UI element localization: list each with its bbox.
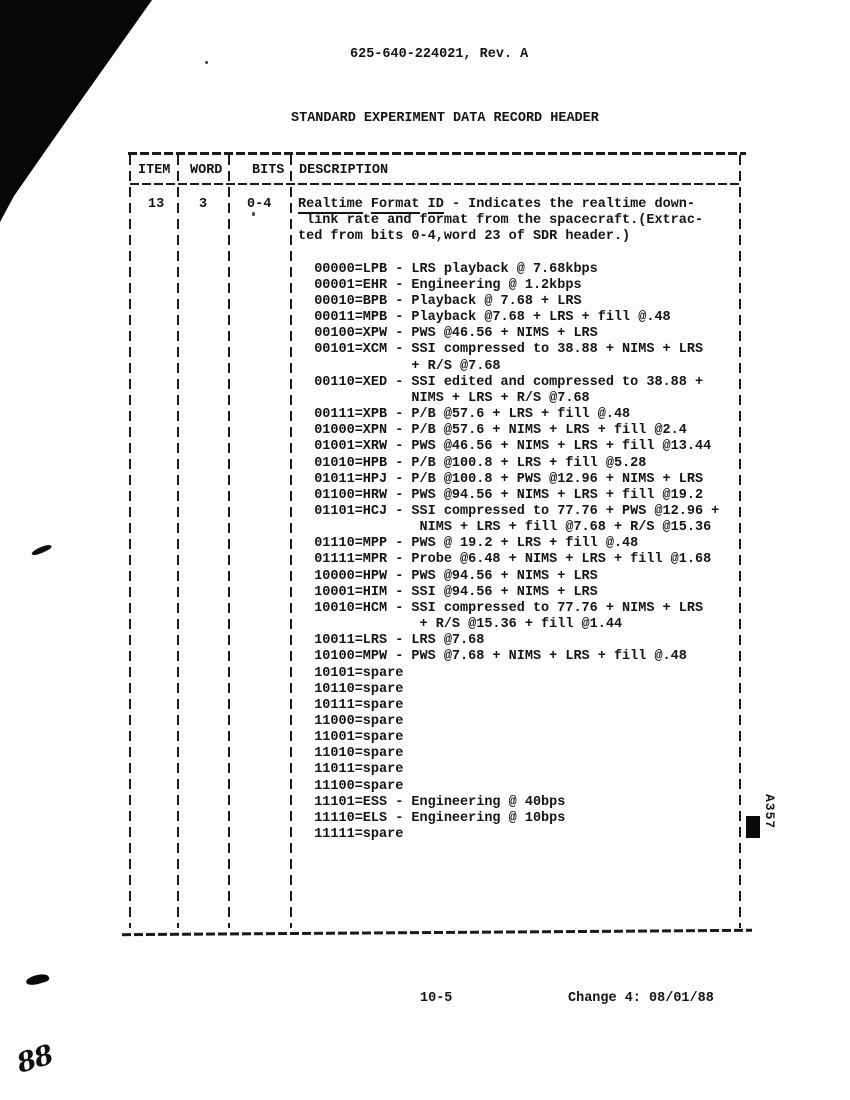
- table-left-border: [129, 155, 131, 928]
- underlined-word: Realtime: [298, 197, 363, 214]
- column-divider: [228, 155, 230, 928]
- description-body: link rate and format from the spacecraft…: [298, 213, 743, 843]
- data-table: ITEM WORD BITS DESCRIPTION 13 3 0-4 Real…: [128, 150, 748, 938]
- underlined-word: ID: [428, 197, 444, 214]
- column-header-item: ITEM: [138, 163, 170, 179]
- footer-change-note: Change 4: 08/01/88: [568, 991, 714, 1007]
- page-title: STANDARD EXPERIMENT DATA RECORD HEADER: [291, 111, 599, 127]
- underlined-word: Format: [371, 197, 420, 214]
- doc-number: 625-640-224021, Rev. A: [350, 47, 528, 63]
- pen-mark: [31, 543, 52, 558]
- margin-code: A357: [762, 794, 777, 829]
- description-title-line: Realtime Format ID - Indicates the realt…: [298, 197, 743, 213]
- table-bottom-border: [122, 929, 752, 936]
- column-header-bits: BITS: [252, 163, 284, 179]
- handwritten-number: 88: [13, 1039, 56, 1079]
- change-bar-marker: [746, 816, 760, 838]
- column-divider: [177, 155, 179, 928]
- pen-mark: [25, 972, 50, 987]
- column-header-word: WORD: [190, 163, 222, 179]
- cell-item: 13: [148, 197, 164, 213]
- table-top-border: [128, 152, 746, 155]
- cell-word: 3: [199, 197, 207, 213]
- footer-page-number: 10-5: [420, 991, 452, 1007]
- table-header-separator: [130, 183, 739, 185]
- description-title-rest: - Indicates the realtime down-: [444, 197, 695, 212]
- scanned-document-page: 625-640-224021, Rev. A STANDARD EXPERIME…: [0, 0, 850, 1100]
- column-header-description: DESCRIPTION: [299, 163, 388, 179]
- scan-speck: [205, 61, 208, 64]
- column-divider: [290, 155, 292, 928]
- cell-description: Realtime Format ID - Indicates the realt…: [298, 197, 743, 843]
- cell-bits: 0-4: [247, 197, 271, 213]
